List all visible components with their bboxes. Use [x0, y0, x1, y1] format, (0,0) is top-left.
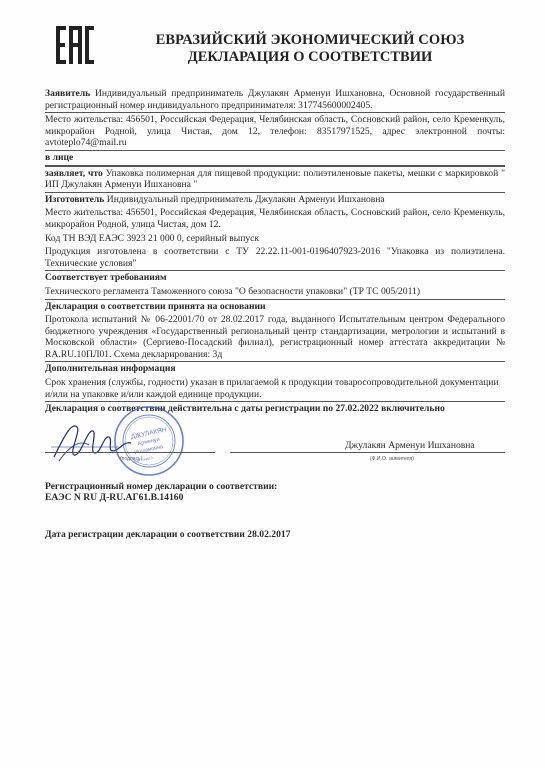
manufacturer-address: Место жительства: 456501, Российская Фед…: [45, 207, 505, 231]
declares-section: заявляет, что Упаковка полимерная для пи…: [45, 168, 505, 193]
signature-line: [45, 452, 215, 453]
applicant-section: Заявитель Индивидуальный предприниматель…: [45, 88, 505, 113]
complies-label: Соответствует требованиям: [45, 272, 505, 285]
declares-text: Упаковка полимерная для пищевой продукци…: [45, 168, 505, 191]
additional-info-text: Срок хранения (службы, годности) указан …: [45, 377, 505, 402]
stamp-icon: ДЖУЛАКЯН Арменуи Ишхановна ИНН 744610: [113, 405, 185, 477]
applicant-text: Индивидуальный предприниматель Джулакян …: [45, 88, 505, 111]
applicant-label: Заявитель: [45, 88, 90, 99]
eac-mark-icon: [54, 24, 96, 66]
registration-number: ЕАЭС N RU Д-RU.АГ61.В.14160: [45, 492, 505, 504]
name-line: [230, 452, 505, 453]
product-code: Код ТН ВЭД ЕАЭС 3923 21 000 0, серийный …: [45, 233, 505, 246]
registration-date: Дата регистрации декларации о соответств…: [45, 529, 505, 541]
basis-text: Протокола испытаний № 06-22001/70 от 28.…: [45, 314, 505, 362]
declares-label: заявляет, что: [45, 168, 103, 179]
basis-label: Декларация о соответствии принята на осн…: [45, 301, 505, 314]
manufacturer-section: Изготовитель Индивидуальный предпринимат…: [45, 194, 505, 207]
signature-caption: (подпись): [120, 454, 142, 466]
complies-text: Технического регламента Таможенного союз…: [45, 286, 505, 300]
registration-label: Регистрационный номер декларации о соотв…: [45, 481, 505, 493]
production-standard: Продукция изготовлена в соответствии с Т…: [45, 246, 505, 271]
represented-by-label: в лице: [45, 152, 505, 167]
additional-info-label: Дополнительная информация: [45, 363, 505, 376]
declaration-title: ДЕКЛАРАЦИЯ О СООТВЕТСТВИИ: [150, 49, 470, 66]
applicant-name: Джулакян Арменуи Ишхановна: [345, 440, 475, 452]
document-header: ЕВРАЗИЙСКИЙ ЭКОНОМИЧЕСКИЙ СОЮЗ ДЕКЛАРАЦИ…: [150, 32, 470, 66]
manufacturer-text: Индивидуальный предприниматель Джулакян …: [104, 194, 384, 205]
name-caption: (Ф.И.О. заявителя): [370, 454, 414, 466]
declaration-body: Заявитель Индивидуальный предприниматель…: [45, 88, 505, 541]
union-title: ЕВРАЗИЙСКИЙ ЭКОНОМИЧЕСКИЙ СОЮЗ: [150, 32, 470, 49]
applicant-address: Место жительства: 456501, Российская Фед…: [45, 114, 505, 151]
declaration-page: ЕВРАЗИЙСКИЙ ЭКОНОМИЧЕСКИЙ СОЮЗ ДЕКЛАРАЦИ…: [0, 0, 545, 768]
manufacturer-label: Изготовитель: [45, 194, 104, 205]
signature-area: ДЖУЛАКЯН Арменуи Ишхановна ИНН 744610 (п…: [45, 417, 505, 479]
